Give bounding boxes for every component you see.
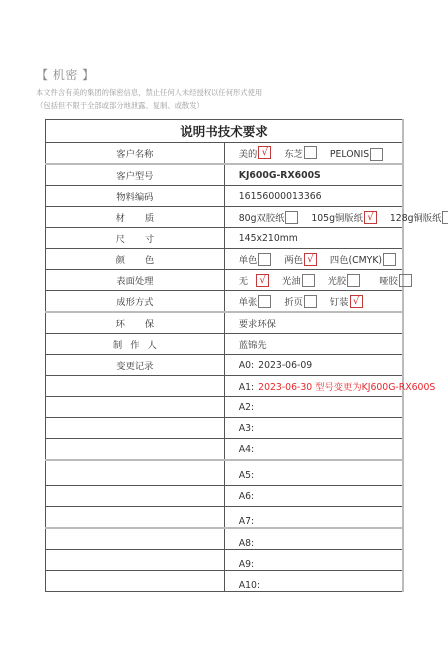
row-change-a1: A1:2023-06-30 型号变更为KJ600G-RX600S <box>46 376 404 397</box>
option-matte-laminate[interactable]: 哑胶 <box>379 273 412 287</box>
confidential-notice-line1: 本文件含有美的集团的保密信息，禁止任何人未经授权以任何形式使用 <box>36 88 262 98</box>
row-customer-model: 客户型号 KJ600G-RX600S <box>46 164 404 186</box>
change-record-a2: A2: <box>224 397 403 418</box>
row-change-a5: A5: <box>46 460 404 486</box>
customer-name-label: 客户名称 <box>46 143 225 165</box>
spec-table: 说明书技术要求 客户名称 美的 √ 东芝 PELONIS 客户型号 KJ600G… <box>45 119 404 592</box>
checkbox-80g-offset[interactable] <box>285 211 298 224</box>
checkbox-stapled[interactable]: √ <box>350 295 363 308</box>
checkbox-toshiba[interactable] <box>304 146 317 159</box>
checkbox-midea[interactable]: √ <box>258 146 271 159</box>
option-toshiba[interactable]: 东芝 <box>284 146 317 160</box>
option-folded[interactable]: 折页 <box>284 294 317 308</box>
row-change-a7: A7: <box>46 507 404 529</box>
option-four-color[interactable]: 四色(CMYK) <box>330 252 396 266</box>
forming-label: 成形方式 <box>46 291 225 313</box>
change-record-a7: A7: <box>224 507 403 529</box>
checkbox-folded[interactable] <box>304 295 317 308</box>
table-title: 说明书技术要求 <box>46 120 404 143</box>
option-128g-coated[interactable]: 128g铜版纸 <box>390 210 448 224</box>
option-gloss-oil[interactable]: 光油 <box>282 273 315 287</box>
row-size: 尺寸 145x210mm <box>46 228 404 249</box>
checkbox-single-sheet[interactable] <box>258 295 271 308</box>
change-log-label: 变更记录 <box>46 355 225 376</box>
checkbox-four-color[interactable] <box>383 253 396 266</box>
row-color: 颜色 单色 两色 √ 四色(CMYK) <box>46 249 404 270</box>
eco-label: 环保 <box>46 312 225 334</box>
change-record-a8: A8: <box>224 528 403 550</box>
row-change-a0: 变更记录 A0:2023-06-09 <box>46 355 404 376</box>
row-customer-name: 客户名称 美的 √ 东芝 PELONIS <box>46 143 404 165</box>
row-forming: 成形方式 单张 折页 钉装 √ <box>46 291 404 313</box>
material-code-value: 16156000013366 <box>224 186 403 207</box>
change-record-a10: A10: <box>224 571 403 592</box>
option-105g-coated[interactable]: 105g铜版纸 √ <box>311 210 377 224</box>
material-code-label: 物料编码 <box>46 186 225 207</box>
surface-label: 表面处理 <box>46 270 225 291</box>
row-material-code: 物料编码 16156000013366 <box>46 186 404 207</box>
option-two-color[interactable]: 两色 √ <box>284 252 317 266</box>
checkbox-matte-laminate[interactable] <box>399 274 412 287</box>
row-change-a2: A2: <box>46 397 404 418</box>
customer-model-value: KJ600G-RX600S <box>224 164 403 186</box>
checkbox-pelonis[interactable] <box>370 148 383 161</box>
customer-model-label: 客户型号 <box>46 164 225 186</box>
change-record-a4: A4: <box>224 439 403 461</box>
change-record-a3: A3: <box>224 418 403 439</box>
row-surface: 表面处理 无 √ 光油 光胶 哑胶 <box>46 270 404 291</box>
row-change-a10: A10: <box>46 571 404 592</box>
row-author: 制作人 蓝锦先 <box>46 334 404 355</box>
change-record-a0: A0:2023-06-09 <box>224 355 403 376</box>
option-single-sheet[interactable]: 单张 <box>239 294 272 308</box>
option-pelonis[interactable]: PELONIS <box>330 148 383 161</box>
option-gloss-laminate[interactable]: 光胶 <box>328 273 361 287</box>
change-record-a5: A5: <box>224 460 403 486</box>
checkbox-single-color[interactable] <box>258 253 271 266</box>
checkbox-two-color[interactable]: √ <box>304 253 317 266</box>
checkbox-128g-coated[interactable] <box>442 211 448 224</box>
row-material: 材质 80g双胶纸 105g铜版纸 √ 128g铜版纸 <box>46 207 404 228</box>
row-change-a9: A9: <box>46 550 404 571</box>
eco-value: 要求环保 <box>224 312 403 334</box>
option-none[interactable]: 无 √ <box>239 273 269 287</box>
checkbox-gloss-oil[interactable] <box>302 274 315 287</box>
option-midea[interactable]: 美的 √ <box>239 146 272 160</box>
checkbox-105g-coated[interactable]: √ <box>364 211 377 224</box>
author-label: 制作人 <box>46 334 225 355</box>
option-80g-offset[interactable]: 80g双胶纸 <box>239 210 299 224</box>
color-label: 颜色 <box>46 249 225 270</box>
size-value: 145x210mm <box>224 228 403 249</box>
author-value: 蓝锦先 <box>224 334 403 355</box>
change-record-a9: A9: <box>224 550 403 571</box>
row-change-a4: A4: <box>46 439 404 461</box>
row-change-a3: A3: <box>46 418 404 439</box>
row-eco: 环保 要求环保 <box>46 312 404 334</box>
change-record-a1: A1:2023-06-30 型号变更为KJ600G-RX600S <box>224 376 403 397</box>
material-label: 材质 <box>46 207 225 228</box>
confidential-title: 【 机密 】 <box>36 66 95 83</box>
option-stapled[interactable]: 钉装 √ <box>330 294 363 308</box>
checkbox-none[interactable]: √ <box>256 274 269 287</box>
row-change-a6: A6: <box>46 486 404 507</box>
change-record-a6: A6: <box>224 486 403 507</box>
row-change-a8: A8: <box>46 528 404 550</box>
size-label: 尺寸 <box>46 228 225 249</box>
confidential-notice-line2: （包括但不限于全部或部分地泄露、复制、或散发） <box>36 101 204 111</box>
option-single-color[interactable]: 单色 <box>239 252 272 266</box>
checkbox-gloss-laminate[interactable] <box>347 274 360 287</box>
